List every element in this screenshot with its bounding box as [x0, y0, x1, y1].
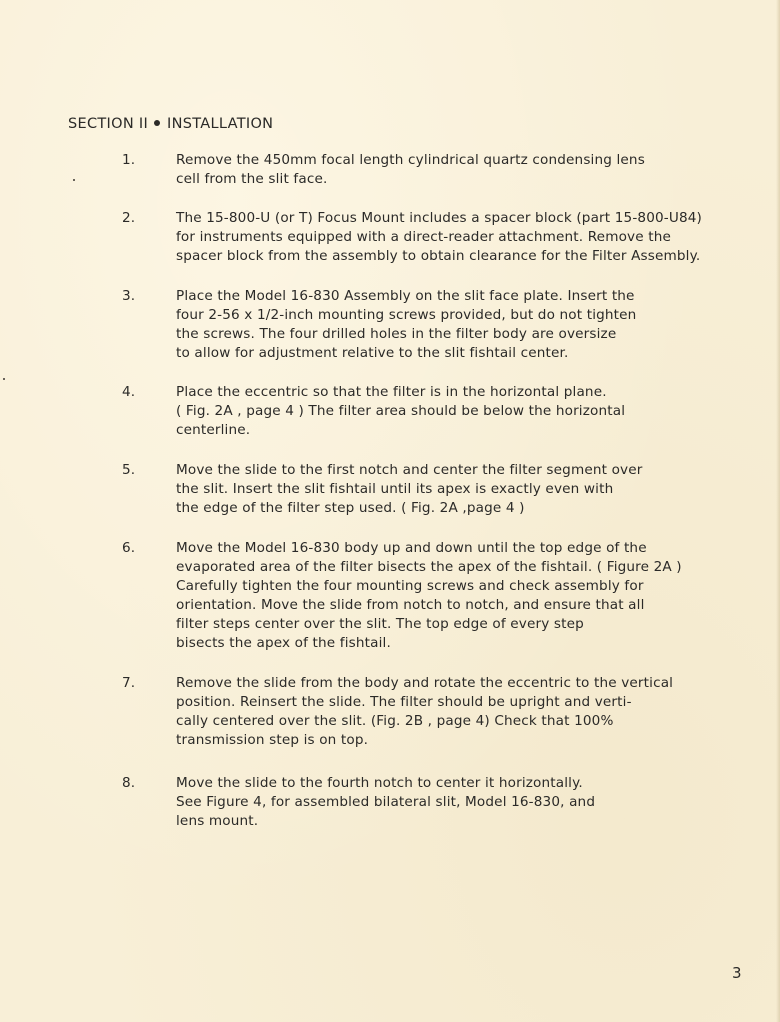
step-item: 3. Place the Model 16-830 Assembly on th…	[0, 287, 780, 363]
step-number: 6.	[122, 539, 176, 653]
document-page: ​ ​ SECTION IIINSTALLATION 1. Remove the…	[0, 0, 780, 1022]
step-text: Remove the slide from the body and rotat…	[176, 674, 716, 750]
step-text: Remove the 450mm focal length cylindrica…	[176, 151, 716, 189]
step-number: 7.	[122, 674, 176, 750]
page-number: 3	[732, 964, 742, 982]
step-item: 4. Place the eccentric so that the filte…	[0, 383, 780, 440]
step-item: 5. Move the slide to the first notch and…	[0, 461, 780, 518]
step-item: 6. Move the Model 16-830 body up and dow…	[0, 539, 780, 653]
step-item: 1. Remove the 450mm focal length cylindr…	[0, 151, 780, 189]
section-heading: SECTION IIINSTALLATION	[68, 116, 273, 132]
section-label: SECTION II	[68, 116, 148, 132]
step-item: 7. Remove the slide from the body and ro…	[0, 674, 780, 750]
bullet-icon	[154, 120, 160, 126]
step-text: The 15-800-U (or T) Focus Mount includes…	[176, 209, 736, 266]
step-number: 5.	[122, 461, 176, 518]
step-text: Move the slide to the first notch and ce…	[176, 461, 716, 518]
step-text: Move the Model 16-830 body up and down u…	[176, 539, 736, 653]
step-number: 4.	[122, 383, 176, 440]
step-item: 2. The 15-800-U (or T) Focus Mount inclu…	[0, 209, 780, 266]
step-number: 8.	[122, 774, 176, 831]
step-text: Place the Model 16-830 Assembly on the s…	[176, 287, 716, 363]
step-number: 1.	[122, 151, 176, 189]
section-title: INSTALLATION	[167, 116, 273, 132]
step-text: Move the slide to the fourth notch to ce…	[176, 774, 716, 831]
installation-steps-list: 1. Remove the 450mm focal length cylindr…	[0, 151, 780, 831]
step-number: 2.	[122, 209, 176, 266]
step-text: Place the eccentric so that the filter i…	[176, 383, 716, 440]
step-item: 8. Move the slide to the fourth notch to…	[0, 774, 780, 831]
step-number: 3.	[122, 287, 176, 363]
